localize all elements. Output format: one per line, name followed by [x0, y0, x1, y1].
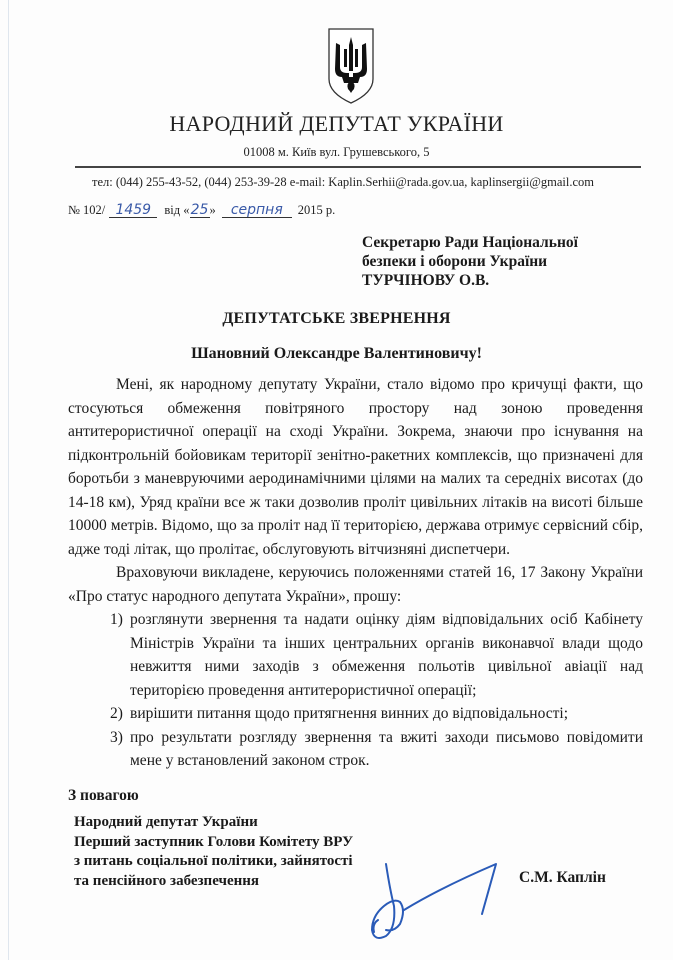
registration-from-label: від «: [164, 203, 189, 217]
body-paragraph: Враховуючи викладене, керуючись положенн…: [68, 561, 643, 608]
closing: З повагою: [68, 787, 139, 805]
handwritten-signature-icon: [360, 850, 520, 950]
request-item: 1) розглянути звернення та надати оцінку…: [68, 608, 643, 702]
addressee-block: Секретарю Ради Національної безпеки і об…: [362, 233, 578, 290]
letterhead-address: 01008 м. Київ вул. Грушевського, 5: [0, 145, 673, 160]
signature-block: Народний депутат України Перший заступни…: [74, 813, 353, 891]
request-text: розглянути звернення та надати оцінку ді…: [130, 611, 643, 699]
letterhead-contacts: тел: (044) 255-43-52, (044) 253-39-28 e-…: [92, 175, 594, 190]
body-paragraph: Мені, як народному депутату України, ста…: [68, 373, 643, 561]
coat-of-arms-icon: [327, 27, 375, 105]
signer-name: С.М. Каплін: [519, 869, 606, 887]
registration-number: 1459: [109, 203, 157, 218]
letterhead-title: НАРОДНИЙ ДЕПУТАТ УКРАЇНИ: [0, 111, 673, 137]
request-item: 2) вирішити питання щодо притягнення вин…: [68, 702, 643, 726]
addressee-line: безпеки і оборони України: [362, 252, 578, 271]
registration-year: 2015 р.: [298, 203, 336, 217]
registration-prefix: № 102/: [68, 203, 105, 217]
registration-line: № 102/1459 від «25»серпня2015 р.: [68, 203, 335, 218]
letterhead-divider: [75, 166, 641, 168]
addressee-line: Секретарю Ради Національної: [362, 233, 578, 252]
document-title: ДЕПУТАТСЬКЕ ЗВЕРНЕННЯ: [0, 310, 673, 328]
registration-day: 25: [190, 203, 210, 218]
signer-title: з питань соціальної політики, зайнятості: [74, 852, 353, 872]
registration-day-close: »: [210, 203, 216, 217]
request-item: 3) про результати розгляду звернення та …: [68, 726, 643, 773]
salutation: Шановний Олександре Валентиновичу!: [0, 345, 673, 363]
request-number: 2): [110, 702, 123, 726]
registration-month: серпня: [222, 203, 292, 218]
request-text: про результати розгляду звернення та вжи…: [130, 729, 643, 770]
signer-title: Перший заступник Голови Комітету ВРУ: [74, 833, 353, 853]
request-text: вирішити питання щодо притягнення винних…: [130, 705, 568, 722]
letter-page: НАРОДНИЙ ДЕПУТАТ УКРАЇНИ 01008 м. Київ в…: [0, 0, 673, 960]
addressee-name: ТУРЧІНОВУ О.В.: [362, 271, 578, 290]
signer-title: Народний депутат України: [74, 813, 353, 833]
signer-title: та пенсійного забезпечення: [74, 872, 353, 892]
request-number: 1): [110, 608, 123, 632]
requests-list: 1) розглянути звернення та надати оцінку…: [68, 608, 643, 773]
letter-body: Мені, як народному депутату України, ста…: [68, 373, 643, 773]
request-number: 3): [110, 726, 123, 750]
